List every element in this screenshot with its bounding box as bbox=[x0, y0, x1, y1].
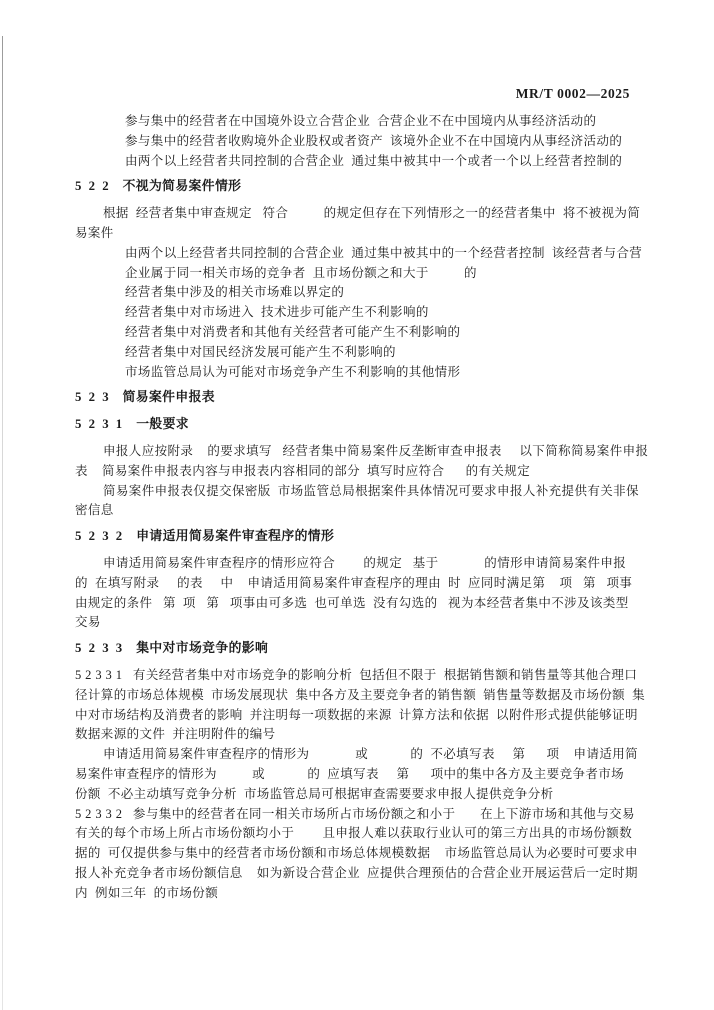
text-line: 由两个以上经营者共同控制的合营企业 通过集中被其中的一个经营者控制 该经营者与合… bbox=[75, 244, 641, 264]
text-line: 份额 不必主动填写竞争分析 市场监管总局可根据审查需要要求申报人提供竞争分析 bbox=[75, 785, 641, 805]
section-title: 申请适用简易案件审查程序的情形 bbox=[136, 529, 334, 543]
text-line: 经营者集中对消费者和其他有关经营者可能产生不利影响的 bbox=[75, 323, 641, 343]
text-line: 申请适用简易案件审查程序的情形应符合 的规定 基于 的情形申请简易案件申报 bbox=[75, 554, 641, 574]
text-line: 简易案件申报表仅提交保密版 市场监管总局根据案件具体情况可要求申报人补充提供有关… bbox=[75, 482, 641, 502]
section-number: 5 2 3 3 bbox=[75, 641, 124, 655]
text-line: 易案件审查程序的情形为 或 的 应填写表 第 项中的集中各方及主要竞争者市场 bbox=[75, 765, 641, 785]
text-line: 企业属于同一相关市场的竞争者 且市场份额之和大于 的 bbox=[75, 264, 641, 284]
text-line: 经营者集中涉及的相关市场难以界定的 bbox=[75, 283, 641, 303]
text-line: 市场监管总局认为可能对市场竞争产生不利影响的其他情形 bbox=[75, 363, 641, 383]
text-line: 密信息 bbox=[75, 501, 641, 521]
text-line: 据的 可仅提供参与集中的经营者市场份额和市场总体规模数据 市场监管总局认为必要时… bbox=[75, 844, 641, 864]
text-line: 中对市场结构及消费者的影响 并注明每一项数据的来源 计算方法和依据 以附件形式提… bbox=[75, 706, 641, 726]
text-line: 参与集中的经营者在中国境外设立合营企业 合营企业不在中国境内从事经济活动的 bbox=[75, 112, 641, 132]
text-line: 参与集中的经营者收购境外企业股权或者资产 该境外企业不在中国境内从事经济活动的 bbox=[75, 132, 641, 152]
section-heading: 5 2 2不视为简易案件情形 bbox=[75, 177, 641, 197]
section-title: 简易案件申报表 bbox=[123, 390, 215, 404]
text-line: 申报人应按附录 的要求填写 经营者集中简易案件反垄断审查申报表 以下简称简易案件… bbox=[75, 442, 641, 462]
section-heading: 5 2 3 1一般要求 bbox=[75, 415, 641, 435]
text-line: 数据来源的文件 并注明附件的编号 bbox=[75, 725, 641, 745]
scan-edge-line bbox=[2, 36, 3, 1010]
section-number: 5 2 3 1 bbox=[75, 417, 124, 431]
text-line: 易案件 bbox=[75, 224, 641, 244]
document-code: MR/T 0002—2025 bbox=[516, 86, 630, 102]
text-line: 5 2 3 3 2 参与集中的经营者在同一相关市场所占市场份额之和小于 在上下游… bbox=[75, 805, 641, 825]
section-number: 5 2 3 2 bbox=[75, 529, 124, 543]
document-page: MR/T 0002—2025 参与集中的经营者在中国境外设立合营企业 合营企业不… bbox=[0, 0, 714, 1010]
section-title: 不视为简易案件情形 bbox=[123, 179, 242, 193]
text-line: 表 简易案件申报表内容与申报表内容相同的部分 填写时应符合 的有关规定 bbox=[75, 462, 641, 482]
text-line: 内 例如三年 的市场份额 bbox=[75, 884, 641, 904]
section-number: 5 2 2 bbox=[75, 179, 111, 193]
section-heading: 5 2 3 2申请适用简易案件审查程序的情形 bbox=[75, 527, 641, 547]
section-title: 集中对市场竞争的影响 bbox=[136, 641, 268, 655]
text-line: 报人补充竞争者市场份额信息 如为新设合营企业 应提供合理预估的合营企业开展运营后… bbox=[75, 864, 641, 884]
section-title: 一般要求 bbox=[136, 417, 189, 431]
section-heading: 5 2 3 3集中对市场竞争的影响 bbox=[75, 639, 641, 659]
text-line: 5 2 3 3 1 有关经营者集中对市场竞争的影响分析 包括但不限于 根据销售额… bbox=[75, 666, 641, 686]
text-line: 经营者集中对市场进入 技术进步可能产生不利影响的 bbox=[75, 303, 641, 323]
text-line: 申请适用简易案件审查程序的情形为 或 的 不必填写表 第 项 申请适用简 bbox=[75, 745, 641, 765]
text-line: 的 在填写附录 的表 中 申请适用简易案件审查程序的理由 时 应同时满足第 项 … bbox=[75, 574, 641, 594]
text-line: 经营者集中对国民经济发展可能产生不利影响的 bbox=[75, 343, 641, 363]
section-number: 5 2 3 bbox=[75, 390, 111, 404]
text-line: 径计算的市场总体规模 市场发展现状 集中各方及主要竞争者的销售额 销售量等数据及… bbox=[75, 686, 641, 706]
text-line: 由规定的条件 第 项 第 项事由可多选 也可单选 没有勾选的 视为本经营者集中不… bbox=[75, 594, 641, 614]
text-line: 交易 bbox=[75, 613, 641, 633]
text-line: 根据 经营者集中审查规定 符合 的规定但存在下列情形之一的经营者集中 将不被视为… bbox=[75, 204, 641, 224]
text-line: 由两个以上经营者共同控制的合营企业 通过集中被其中一个或者一个以上经营者控制的 bbox=[75, 152, 641, 172]
section-heading: 5 2 3简易案件申报表 bbox=[75, 388, 641, 408]
text-line: 有关的每个市场上所占市场份额均小于 且申报人难以获取行业认可的第三方出具的市场份… bbox=[75, 824, 641, 844]
document-body: 参与集中的经营者在中国境外设立合营企业 合营企业不在中国境内从事经济活动的参与集… bbox=[75, 112, 641, 903]
